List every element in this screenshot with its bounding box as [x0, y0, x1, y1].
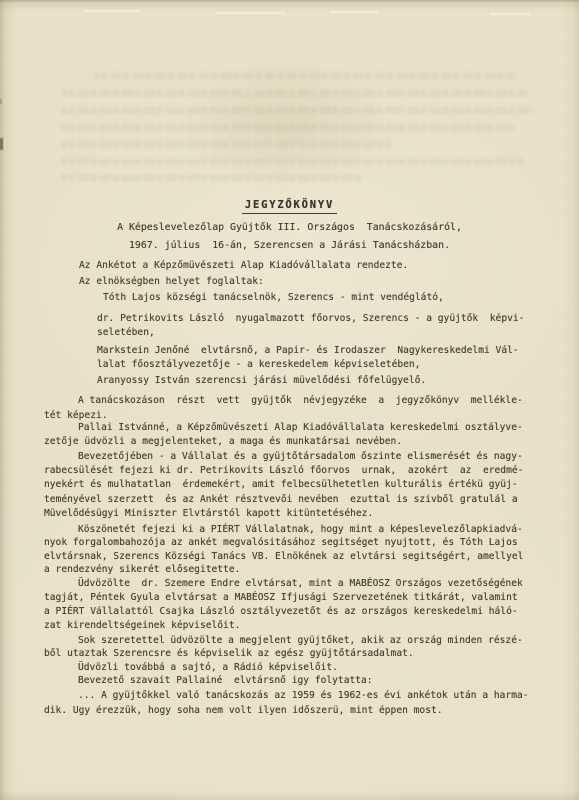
text-line: nyekért és mulhatatlan érdemekért, amit …: [44, 479, 518, 490]
text-line: teményével szerzett és az Ankét résztvev…: [44, 494, 518, 505]
text-line: A tanácskozáson részt vett gyüjtők névje…: [78, 395, 523, 406]
text-line: Üdvözli továbbá a sajtó, a Rádió képvise…: [78, 662, 338, 673]
text-line: ből utaztak Szerencsre és képviselik az …: [44, 648, 414, 659]
text-line: Pallai Istvánné, a Képzőmüvészeti Alap K…: [78, 422, 523, 433]
ghost-text-line: [62, 158, 524, 165]
text-line: a PIÉRT Vállalattól Csajka László osztál…: [44, 606, 518, 617]
text-line: Tóth Lajos községi tanácselnök, Szerencs…: [103, 292, 444, 303]
text-line: zetője üdvözli a megjelenteket, a maga é…: [44, 436, 402, 447]
text-line: lalat főosztályvezetője - a kereskedelem…: [97, 359, 420, 370]
text-line: Bevezetőjében - a Vállalat és a gyüjtőtá…: [78, 451, 523, 462]
scan-light-streak: [330, 11, 378, 13]
text-line: Aranyossy István szerencsi járási müvelő…: [97, 375, 426, 386]
text-line: ... A gyüjtőkkel való tanácskozás az 195…: [78, 690, 529, 701]
ghost-text-line: [62, 107, 532, 114]
document-title: JEGYZŐKÖNYV: [242, 199, 337, 214]
text-line: elvtársnak, Szerencs Községi Tanács VB. …: [44, 551, 523, 562]
text-line: Bevezető szavait Pallainé elvtársnő igy …: [78, 675, 373, 686]
text-line: seletében,: [97, 327, 155, 338]
text-line: tét képezi.: [44, 410, 108, 421]
edge-speck: [0, 138, 3, 150]
document-subtitle-line: 1967. július 16-án, Szerencsen a Járási …: [0, 240, 579, 251]
text-line: tagját, Péntek Gyula elvtársat a MABÉOSZ…: [44, 592, 518, 603]
text-line: dr. Petrikovits László nyugalmazott főor…: [97, 313, 524, 324]
ghost-text-line: [95, 72, 515, 79]
ghost-text-line: [62, 141, 392, 148]
scan-light-streak: [83, 10, 141, 12]
text-line: Az elnökségben helyet foglaltak:: [79, 276, 264, 287]
ghost-text-line: [62, 90, 527, 97]
scanned-document-page: JEGYZŐKÖNYV A Képeslevelezőlap Gyüjtők I…: [0, 0, 579, 800]
text-line: zat kirendeltségeinek képviselőit.: [44, 620, 240, 631]
scan-light-streak: [490, 13, 530, 15]
scan-light-streak: [216, 12, 286, 14]
text-line: rabecsülését fejezi ki dr. Petrikovits L…: [44, 465, 523, 476]
text-line: nyok forgalombahozója az ankét megvalósi…: [44, 537, 518, 548]
text-line: a rendezvény sikerét elősegitette.: [44, 564, 240, 575]
title-row: JEGYZŐKÖNYV: [0, 193, 579, 214]
text-line: Markstein Jenőné elvtársnő, a Papir- és …: [97, 345, 519, 356]
edge-speck: [0, 99, 2, 104]
text-line: Köszönetét fejezi ki a PIÉRT Vállalatnak…: [78, 524, 523, 535]
document-subtitle-line: A Képeslevelezőlap Gyüjtők III. Országos…: [0, 222, 579, 233]
text-line: Müvelődésügyi Miniszter Elvtárstól kapot…: [44, 508, 373, 519]
text-line: Az Ankétot a Képzőmüvészeti Alap Kiadóvá…: [79, 260, 408, 271]
text-line: dik. Ugy érezzük, hogy soha nem volt ily…: [44, 705, 443, 716]
text-line: Üdvözölte dr. Szemere Endre elvtársat, m…: [78, 578, 523, 589]
ghost-text-line: [62, 174, 362, 181]
ghost-text-line: [62, 124, 514, 131]
text-line: Sok szeretettel üdvözölte a megjelent gy…: [78, 635, 523, 646]
